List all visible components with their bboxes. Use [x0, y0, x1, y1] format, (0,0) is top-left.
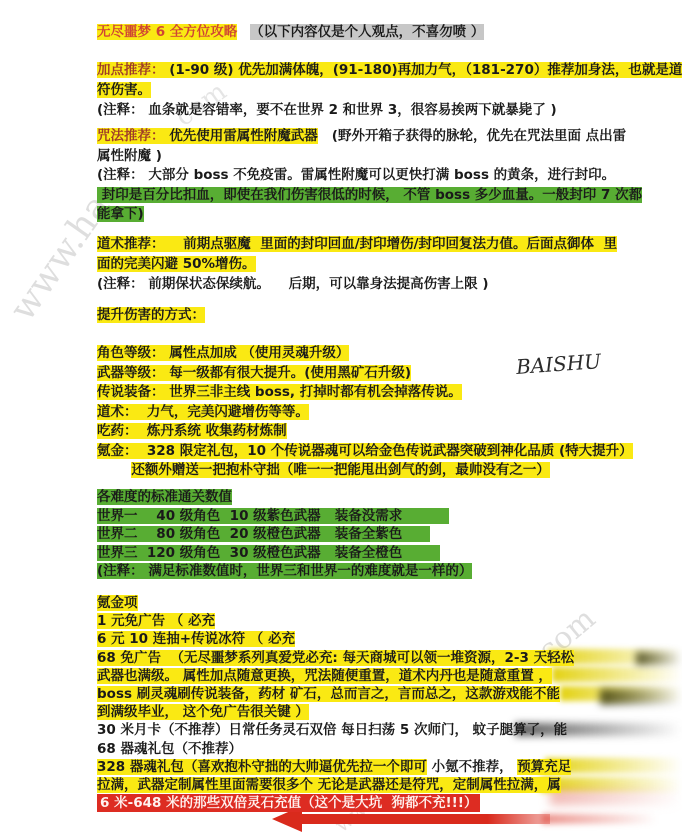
text-run: 到满级毕业， 这个免广告很关键 ） [97, 704, 309, 720]
text-run: 30 米月卡（不推荐）日常任务灵石双倍 每日扫荡 5 次师门， 蚊子腿算了，能 [97, 722, 567, 738]
text-line: 武器也满级。 属性加点随意更换，咒法随便重置，道术内丹也是随意重置 ， [97, 667, 574, 685]
text-run: 传说装备： 世界三非主线 boss, 打掉时都有机会掉落传说。 [97, 384, 462, 400]
text-line: 咒法推荐： 优先使用雷属性附魔武器 (野外开箱子获得的脉轮，优先在咒法里面 点出… [97, 127, 642, 147]
text-line: 328 器魂礼包（喜欢抱朴守拙的大帅逼优先拉一个即可 小氪不推荐， 预算充足 [97, 758, 574, 776]
text-line: 68 器魂礼包（不推荐） [97, 740, 574, 758]
text-run: (注释： 大部分 boss 不免疫雷。雷属性附魔可以更快打满 boss 的黄条，… [97, 167, 615, 183]
text-run: 氪金项 [97, 595, 138, 611]
text-line: 拉满，武器定制属性里面需要很多个 无论是武器还是符咒，定制属性拉满，属 [97, 776, 574, 794]
text-line: 6 元 10 连抽+传说冰符 （ 必充 [97, 630, 574, 648]
paragraph-group: 提升伤害的方式： [97, 305, 205, 325]
text-line: boss 刷灵魂刷传说装备，药材 矿石，总而言之，言而总之，这款游戏能不能 [97, 685, 574, 703]
text-run: 氪金： 328 限定礼包，10 个传说器魂可以给金色传说武器突破到神化品质 (特… [97, 443, 633, 459]
text-line: (注释： 大部分 boss 不免疫雷。雷属性附魔可以更快打满 boss 的黄条，… [97, 166, 642, 186]
text-run: 优先使用雷属性附魔武器 [169, 128, 318, 144]
text-run: 还额外赠送一把抱朴守拙（唯一一把能甩出剑气的剑，最帅没有之一） [131, 462, 550, 478]
text-line: 世界一 40 级角色 10 级紫色武器 装备没需求 [97, 507, 472, 526]
arrow-tail-blur [542, 814, 657, 824]
paragraph-group: 道术推荐： 前期点驱魔 里面的封印回血/封印增伤/封印回复法力值。后面点御体 里… [97, 234, 617, 294]
text-run: 世界一 40 级角色 10 级紫色武器 装备没需求 [97, 508, 449, 524]
text-line: 氪金： 328 限定礼包，10 个传说器魂可以给金色传说武器突破到神化品质 (特… [97, 442, 633, 462]
text-line: 无尽噩梦 6 全方位攻略 （以下内容仅是个人观点，不喜勿喷 ） [97, 22, 484, 43]
paragraph-group: 角色等级： 属性点加成 （使用灵魂升级）武器等级： 每一级都有很大提升。(使用黑… [97, 344, 633, 481]
text-run: 属性附魔 ) [97, 148, 162, 164]
text-run: (野外开箱子获得的脉轮，优先在咒法里面 点出雷 [318, 128, 626, 144]
text-run: 1 元免广告 （ 必充 [97, 613, 215, 629]
paragraph-group: 氪金项1 元免广告 （ 必充6 元 10 连抽+传说冰符 （ 必充68 免广告 … [97, 594, 574, 812]
text-run [237, 24, 250, 40]
text-line: 氪金项 [97, 594, 574, 612]
text-run: 加点推荐： [97, 62, 169, 78]
text-run: (注释： 满足标准数值时，世界三和世界一的难度就是一样的） [97, 563, 472, 579]
paragraph-group: 加点推荐： (1-90 级) 优先加满体魄，(91-180)再加力气，（181-… [97, 60, 682, 120]
text-line: 世界二 80 级角色 20 级橙色武器 装备全紫色 [97, 525, 472, 544]
text-line: 传说装备： 世界三非主线 boss, 打掉时都有机会掉落传说。 [97, 383, 633, 403]
text-run [97, 462, 131, 478]
text-run: 符伤害。 [97, 82, 151, 98]
text-run: 道术： 力气，完美闪避增伤等等。 [97, 404, 309, 420]
text-run: 预算充足 [517, 759, 571, 775]
text-line: 68 免广告 （无尽噩梦系列真爱党必充: 每天商城可以领一堆资源，2-3 天轻松 [97, 649, 574, 667]
text-run: （以下内容仅是个人观点，不喜勿喷 ） [250, 24, 484, 40]
text-run: 小氪不推荐， [427, 759, 517, 775]
text-run: 6 米-648 米的那些双倍灵石充值（这个是大坑 狗都不充!!!） [97, 794, 480, 812]
text-line: 加点推荐： (1-90 级) 优先加满体魄，(91-180)再加力气，（181-… [97, 60, 682, 80]
text-run: 武器等级： 每一级都有很大提升。(使用黑矿石升级) [97, 365, 411, 381]
text-line: 1 元免广告 （ 必充 [97, 612, 574, 630]
paragraph-group: 咒法推荐： 优先使用雷属性附魔武器 (野外开箱子获得的脉轮，优先在咒法里面 点出… [97, 127, 642, 225]
text-line: (注释： 前期保状态保续航。 后期，可以靠身法提高伤害上限 ) [97, 274, 617, 294]
text-run: 武器也满级。 属性加点随意更换，咒法随便重置，道术内丹也是随意重置 ， [97, 668, 552, 684]
text-line: 吃药： 炼丹系统 收集药材炼制 [97, 422, 633, 442]
text-line: 提升伤害的方式： [97, 305, 205, 325]
text-line: 武器等级： 每一级都有很大提升。(使用黑矿石升级) [97, 364, 633, 384]
text-line: 世界三 120 级角色 30 级橙色武器 装备全橙色 [97, 544, 472, 563]
text-line: 到满级毕业， 这个免广告很关键 ） [97, 703, 574, 721]
text-run: 面的完美闪避 50%增伤。 [97, 256, 256, 272]
text-run: 咒法推荐： [97, 128, 169, 144]
text-run: 68 器魂礼包（不推荐） [97, 741, 242, 757]
text-line: (注释： 满足标准数值时，世界三和世界一的难度就是一样的） [97, 562, 472, 581]
text-run: 角色等级： 属性点加成 （使用灵魂升级） [97, 345, 349, 361]
text-run: 世界二 80 级角色 20 级橙色武器 装备全紫色 [97, 526, 430, 542]
text-line: 符伤害。 [97, 80, 682, 100]
blur-artifact [600, 689, 682, 705]
paragraph-group: 无尽噩梦 6 全方位攻略 （以下内容仅是个人观点，不喜勿喷 ） [97, 22, 484, 43]
arrow-shaft [300, 814, 550, 824]
text-run: 世界三 120 级角色 30 级橙色武器 装备全橙色 [97, 545, 440, 561]
text-line: 面的完美闪避 50%增伤。 [97, 254, 617, 274]
text-run: 无尽噩梦 6 全方位攻略 [97, 24, 237, 40]
text-line: 6 米-648 米的那些双倍灵石充值（这个是大坑 狗都不充!!!） [97, 794, 574, 812]
text-line: 道术： 力气，完美闪避增伤等等。 [97, 403, 633, 423]
text-run: 封印是百分比扣血，即使在我们伤害很低的时候， 不管 boss 多少血量。一般封印… [97, 187, 642, 203]
text-run: boss 刷灵魂刷传说装备，药材 矿石，总而言之，言而总之，这款游戏能不能 [97, 686, 560, 702]
blur-artifact [560, 686, 682, 701]
text-line: 还额外赠送一把抱朴守拙（唯一一把能甩出剑气的剑，最帅没有之一） [97, 461, 633, 481]
blur-artifact [636, 652, 682, 665]
paragraph-group: 各难度的标准通关数值世界一 40 级角色 10 级紫色武器 装备没需求 世界二 … [97, 488, 472, 581]
text-run: (注释： 血条就是容错率，要不在世界 2 和世界 3，很容易挨两下就暴毙了 ) [97, 102, 557, 118]
text-line: 各难度的标准通关数值 [97, 488, 472, 507]
text-line: 封印是百分比扣血，即使在我们伤害很低的时候， 不管 boss 多少血量。一般封印… [97, 186, 642, 206]
text-line: 30 米月卡（不推荐）日常任务灵石双倍 每日扫荡 5 次师门， 蚊子腿算了，能 [97, 721, 574, 739]
text-line: 道术推荐： 前期点驱魔 里面的封印回血/封印增伤/封印回复法力值。后面点御体 里 [97, 234, 617, 254]
text-line: 角色等级： 属性点加成 （使用灵魂升级） [97, 344, 633, 364]
text-run: 能拿下) [97, 206, 144, 222]
text-run: 68 免广告 （无尽噩梦系列真爱党必充: 每天商城可以领一堆资源，2-3 天轻松 [97, 650, 574, 666]
text-run: (1-90 级) 优先加满体魄，(91-180)再加力气，（181-270）推荐… [169, 62, 682, 78]
text-run: 拉满，武器定制属性里面需要很多个 无论是武器还是符咒，定制属性拉满，属 [97, 777, 561, 793]
text-line: 属性附魔 ) [97, 147, 642, 167]
text-run: 328 器魂礼包（喜欢抱朴守拙的大帅逼优先拉一个即可 [97, 759, 427, 775]
text-line: (注释： 血条就是容错率，要不在世界 2 和世界 3，很容易挨两下就暴毙了 ) [97, 100, 682, 120]
text-run: 吃药： 炼丹系统 收集药材炼制 [97, 423, 287, 439]
document-page: www.comcomwww.ha BAISHU 无尽噩梦 6 全方位攻略 （以下… [0, 0, 682, 835]
text-run: 提升伤害的方式： [97, 307, 205, 323]
text-run: 各难度的标准通关数值 [97, 489, 232, 505]
text-run: 6 元 10 连抽+传说冰符 （ 必充 [97, 631, 295, 647]
text-run: 道术推荐： 前期点驱魔 里面的封印回血/封印增伤/封印回复法力值。后面点御体 里 [97, 236, 617, 252]
text-run: (注释： 前期保状态保续航。 后期，可以靠身法提高伤害上限 ) [97, 276, 489, 292]
text-line: 能拿下) [97, 205, 642, 225]
